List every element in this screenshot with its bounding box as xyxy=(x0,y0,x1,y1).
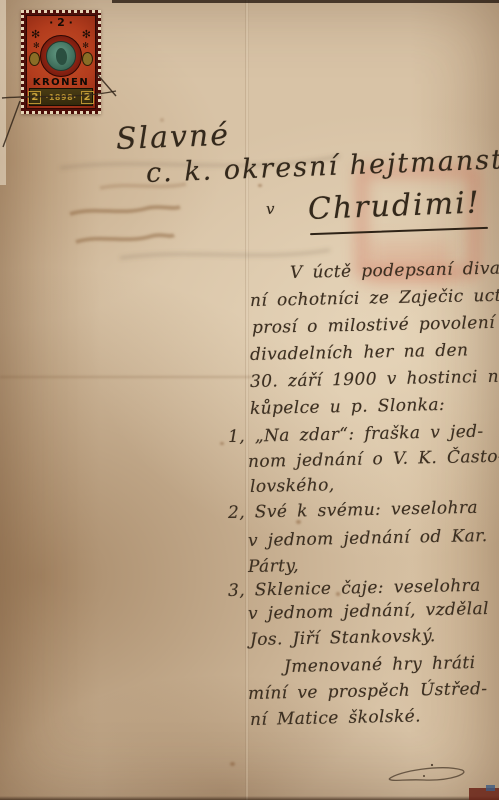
letter-line: Párty, xyxy=(248,556,299,577)
paper-stain xyxy=(220,442,224,445)
letter-line: V úctě podepsaní divadel- xyxy=(290,258,499,283)
horizontal-fold-crease xyxy=(0,376,252,378)
letter-line: v jednom jednání od Kar. xyxy=(248,526,488,551)
letter-line: prosí o milostivé povolení xyxy=(252,313,495,338)
photo-edge-top xyxy=(112,0,499,3)
stamp-medallion-inner xyxy=(46,41,76,71)
stamp-band-left-value: 2 xyxy=(28,91,41,104)
revenue-stamp: · 2 · ✻ ✻ ✻ ✻ KRONEN 2 ·1898· 2 xyxy=(21,10,101,114)
stamp-band-right-value: 2 xyxy=(81,91,94,104)
stamp-year-band: 2 ·1898· 2 xyxy=(29,88,93,106)
paper-edge-left xyxy=(0,0,6,185)
stamp-medallion xyxy=(40,35,82,77)
revenue-stamp-face: · 2 · ✻ ✻ ✻ ✻ KRONEN 2 ·1898· 2 xyxy=(26,15,96,109)
letter-line: 1, „Na zdar“: fraška v jed- xyxy=(228,422,484,447)
letter-line: Jos. Jiří Stankovský. xyxy=(250,626,436,650)
letter-line: ní ochotníci ze Zaječic uctivě xyxy=(250,285,499,311)
letter-line: ní Matice školské. xyxy=(250,706,421,730)
bleed-through-writing xyxy=(70,184,186,242)
ornament-icon: ✻ xyxy=(31,29,40,40)
heading-place-prefix: v xyxy=(266,200,275,218)
letter-line: 30. září 1900 v hostinci na xyxy=(250,367,499,392)
heading-place: Chrudimi! xyxy=(307,185,481,227)
ornament-icon: ✻ xyxy=(33,42,40,50)
ornament-icon: ✻ xyxy=(82,42,89,50)
rosette-icon xyxy=(82,52,93,66)
letter-line: lovského, xyxy=(250,475,335,497)
letter-line: divadelních her na den xyxy=(250,340,469,365)
document-page: · 2 · ✻ ✻ ✻ ✻ KRONEN 2 ·1898· 2 xyxy=(0,0,499,800)
stamp-denomination: KRONEN xyxy=(27,77,95,88)
letter-line: 3, Sklenice čaje: veselohra xyxy=(228,576,481,601)
rosette-icon xyxy=(29,52,40,66)
letter-line: Jmenované hry hráti xyxy=(284,653,476,677)
emperor-portrait xyxy=(55,47,68,65)
letter-line: míní ve prospěch Ústřed- xyxy=(248,679,488,704)
letter-line: nom jednání o V. K. Často- xyxy=(248,447,499,472)
paper-stain xyxy=(230,762,235,766)
letter-line: kůpelce u p. Slonka: xyxy=(250,395,445,419)
letter-line: v jednom jednání, vzdělal xyxy=(248,599,489,624)
ornament-icon: ✻ xyxy=(82,29,91,40)
photo-corner-speck xyxy=(486,785,495,791)
stamp-year: ·1898· xyxy=(45,93,76,102)
vertical-fold-crease xyxy=(245,0,249,800)
heading-salutation: Slavné xyxy=(115,118,230,157)
letter-line: 2, Své k svému: veselohra xyxy=(228,498,478,523)
photo-edge-bottom xyxy=(0,796,499,800)
ink-flourish xyxy=(389,764,464,780)
